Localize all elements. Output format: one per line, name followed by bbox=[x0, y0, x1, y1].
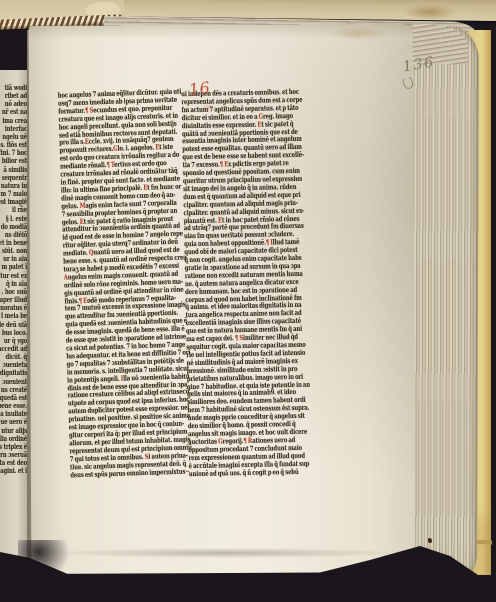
red-ink-smudge bbox=[201, 103, 215, 112]
text-line: agini. et ī bbox=[0, 467, 27, 475]
facing-page-text-fragments: tiã wodiribet adnõ adeonr̃ est naima cre… bbox=[0, 84, 27, 476]
paper-fleck bbox=[283, 405, 285, 407]
book-photograph: tiã wodiribet adnõ adeonr̃ est naima cre… bbox=[0, 0, 496, 602]
fore-edge-speck bbox=[428, 538, 432, 543]
folio-flourish bbox=[401, 75, 415, 90]
recto-page: hoc angelus 7 anima eq̃liter dicũtur. qu… bbox=[29, 24, 416, 574]
text-line: unionē ad quã uos. q̄ ñ cogit p eo q̄ se… bbox=[189, 468, 283, 478]
text-column-right: ui indepen dēs a creaturis omnibus. et h… bbox=[181, 88, 313, 478]
cover-stain bbox=[404, 4, 456, 20]
paper-stain bbox=[329, 26, 389, 40]
page-bottom-shading bbox=[60, 548, 390, 558]
gutter-bottom-shadow bbox=[18, 540, 70, 580]
facing-page-edge: tiã wodiribet adnõ adeonr̃ est naima cre… bbox=[0, 70, 30, 575]
text-column-left: hoc angelus 7 anima eq̃liter dicũtur. qu… bbox=[58, 88, 189, 479]
red-quire-mark: 16 bbox=[188, 78, 212, 100]
text-line: deus est spūs purus omnino impermixtus~ bbox=[70, 468, 160, 479]
